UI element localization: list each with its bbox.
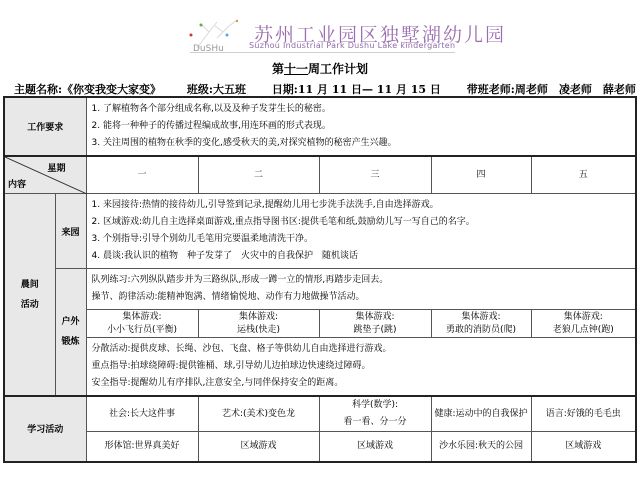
learning-friday: 语言:好饿的毛毛虫 [531, 396, 636, 432]
morning-activities-label: 晨间 活动 [4, 194, 55, 397]
group-game-wednesday: 集体游戏:跳垫子(跳) [319, 310, 431, 338]
dushu-logo-icon: DuSHu [187, 18, 247, 52]
work-requirements-label: 工作要求 [4, 97, 86, 156]
drills-content: 队列练习:六列纵队踏步并为三路纵队,形成一蹲一立的情形,再踏步走回去。 操节、韵… [86, 269, 636, 310]
class-name: 班级:大五班 [187, 83, 246, 96]
learning-thursday: 健康:运动中的自我保护 [431, 396, 531, 432]
group-game-tuesday: 集体游戏:运栈(快走) [198, 310, 319, 338]
learning-tuesday: 艺术:(美术)变色龙 [198, 396, 319, 432]
group-games-row: 集体游戏:小小飞行员(平衡) 集体游戏:运栈(快走) 集体游戏:跳垫子(跳) 集… [4, 310, 636, 338]
free-play-item: 安全指导:提醒幼儿有序排队,注意安全,与同伴保持安全的距离。 [92, 375, 631, 392]
activity-thursday: 沙水乐园:秋天的公园 [431, 432, 531, 462]
drill-item: 队列练习:六列纵队踏步并为三路纵队,形成一蹲一立的情形,再踏步走回去。 [92, 272, 631, 289]
day-wednesday: 三 [319, 156, 431, 194]
requirement-item: 2. 能将一种种子的传播过程编成故事,用连环画的形式表现。 [92, 118, 631, 135]
day-thursday: 四 [431, 156, 531, 194]
page-title: 第十一周工作计划 [0, 60, 640, 77]
requirement-item: 3. 关注周围的植物在秋季的变化,感受秋天的美,对探究植物的秘密产生兴趣。 [92, 135, 631, 152]
arrival-item: 1. 来园接待:热情的接待幼儿,引导签到记录,提醒幼儿用七步洗手法洗手,自由选择… [92, 197, 631, 214]
learning-wednesday: 科学(数学):看一看、分一分 [319, 396, 431, 432]
activity-wednesday: 区域游戏 [319, 432, 431, 462]
learning-monday: 社会:长大这件事 [86, 396, 198, 432]
svg-text:DuSHu: DuSHu [193, 44, 224, 52]
title-suffix: 周工作计划 [308, 62, 368, 76]
learning-row-2: 形体馆:世界真美好 区域游戏 区域游戏 沙水乐园:秋天的公园 区域游戏 [4, 432, 636, 462]
teachers: 带班老师:周老师 凌老师 薛老师 [467, 83, 636, 96]
drills-row: 户外 锻炼 队列练习:六列纵队踏步并为三路纵队,形成一蹲一立的情形,再踏步走回去… [4, 269, 636, 310]
day-header-row: 星期 内容 一 二 三 四 五 [4, 156, 636, 194]
logo-text-en: Suzhou Industrial Park Dushu Lake kinder… [249, 41, 455, 50]
outdoor-exercise-label: 户外 锻炼 [55, 269, 86, 397]
day-friday: 五 [531, 156, 636, 194]
header-divider [190, 52, 455, 53]
day-tuesday: 二 [198, 156, 319, 194]
date-range: 日期:11 月 11 日— 11 月 15 日 [272, 83, 441, 96]
arrival-item: 2. 区域游戏:幼儿自主选择桌面游戏,重点指导图书区:提供毛笔和纸,鼓励幼儿写一… [92, 214, 631, 231]
learning-row-1: 学习活动 社会:长大这件事 艺术:(美术)变色龙 科学(数学):看一看、分一分 … [4, 396, 636, 432]
learning-activities-label: 学习活动 [4, 396, 86, 462]
theme-name: 主题名称:《你变我变大家变》 [14, 83, 161, 96]
arrival-content: 1. 来园接待:热情的接待幼儿,引导签到记录,提醒幼儿用七步洗手法洗手,自由选择… [86, 194, 636, 269]
content-label: 内容 [8, 177, 26, 190]
group-game-monday: 集体游戏:小小飞行员(平衡) [86, 310, 198, 338]
free-play-item: 分散活动:提供皮球、长绳、沙包、飞盘、格子等供幼儿自由选择进行游戏。 [92, 341, 631, 358]
plan-info-line: 主题名称:《你变我变大家变》 班级:大五班 日期:11 月 11 日— 11 月… [14, 81, 640, 97]
arrival-item: 3. 个别指导:引导个别幼儿毛笔用完要温柔地清洗干净。 [92, 231, 631, 248]
group-game-friday: 集体游戏:老狼几点钟(跑) [531, 310, 636, 338]
work-requirements-content: 1. 了解植物各个部分组成名称,以及及种子发芽生长的秘密。 2. 能将一种种子的… [86, 97, 636, 156]
work-requirements-row: 工作要求 1. 了解植物各个部分组成名称,以及及种子发芽生长的秘密。 2. 能将… [4, 97, 636, 156]
week-label: 星期 [48, 161, 66, 174]
title-prefix: 第 [272, 62, 284, 76]
weekly-plan-table: 工作要求 1. 了解植物各个部分组成名称,以及及种子发芽生长的秘密。 2. 能将… [3, 96, 637, 463]
arrival-label: 来园 [55, 194, 86, 269]
diagonal-header-cell: 星期 内容 [4, 156, 86, 194]
arrival-row: 晨间 活动 来园 1. 来园接待:热情的接待幼儿,引导签到记录,提醒幼儿用七步洗… [4, 194, 636, 269]
day-monday: 一 [86, 156, 198, 194]
arrival-item: 4. 晨谈:我认识的植物 种子发芽了 火灾中的自我保护 随机谈话 [92, 248, 631, 265]
free-play-item: 重点指导:拍球绕障碍:提供锥桶、球,引导幼儿边拍球边快速绕过障碍。 [92, 358, 631, 375]
activity-friday: 区域游戏 [531, 432, 636, 462]
drill-item: 操节、韵律活动:能精神饱满、情绪愉悦地、动作有力地做操节活动。 [92, 289, 631, 306]
title-week-number: 十一 [284, 62, 308, 76]
page-header: DuSHu 苏州工业园区独墅湖幼儿园 Suzhou Industrial Par… [0, 0, 640, 55]
requirement-item: 1. 了解植物各个部分组成名称,以及及种子发芽生长的秘密。 [92, 101, 631, 118]
free-play-row: 分散活动:提供皮球、长绳、沙包、飞盘、格子等供幼儿自由选择进行游戏。 重点指导:… [4, 338, 636, 397]
group-game-thursday: 集体游戏:勇敢的消防员(爬) [431, 310, 531, 338]
activity-tuesday: 区域游戏 [198, 432, 319, 462]
free-play-content: 分散活动:提供皮球、长绳、沙包、飞盘、格子等供幼儿自由选择进行游戏。 重点指导:… [86, 338, 636, 397]
activity-monday: 形体馆:世界真美好 [86, 432, 198, 462]
